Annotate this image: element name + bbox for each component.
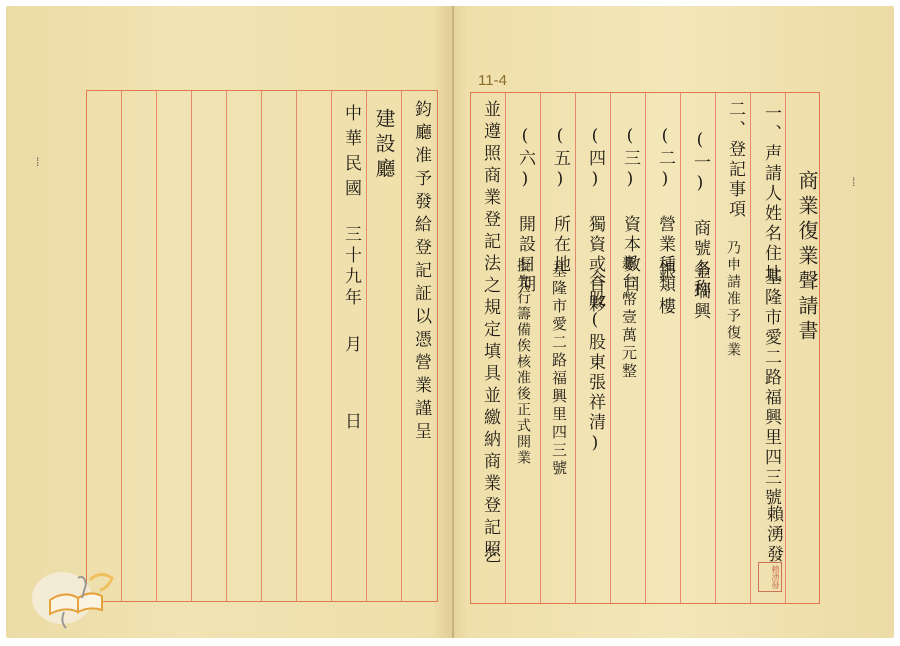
page-number: 11-4 — [478, 72, 507, 89]
item-2-5-value: 基隆市愛二路福興里四三號 — [551, 262, 566, 478]
item-2-6-value: 擬先行籌備俟核准後正式開業 — [516, 258, 530, 466]
binding-hole-left: ⁞ — [36, 155, 39, 169]
addressee: 建設廳 — [374, 108, 394, 183]
request-statement: 鈞廳准予發給登記証以憑營業謹呈 — [412, 100, 429, 445]
item-2-4-value: 合股(股東張祥清) — [586, 270, 603, 456]
item-1-value: 基隆市愛二路福興里四三號 — [762, 268, 779, 508]
page-fold — [452, 6, 454, 638]
item-2-5-label: (五) 所在地 — [551, 126, 568, 275]
applicant-signature: 賴湧發 — [764, 505, 781, 565]
item-2-3-value: 新台幣壹萬元整 — [621, 255, 636, 381]
applicant-seal: 賴湧發 — [758, 562, 782, 592]
item-1-label: 一、声請人姓名住址 — [762, 104, 779, 284]
date-year: 三十九年 — [342, 225, 359, 309]
item-2-label: 二、登記事項 — [726, 100, 743, 220]
item-2-value: 乃申請准予復業 — [726, 240, 740, 359]
compliance-closing: 乞 — [481, 546, 498, 566]
binding-hole-right: ⁞ — [852, 175, 855, 189]
date-era: 中華民國 — [342, 104, 359, 204]
item-2-2-value: 銀樓 — [656, 262, 673, 332]
date-day: 日 — [342, 412, 359, 432]
item-2-1-value: 金瑞興 — [691, 262, 708, 322]
archive-logo-icon — [20, 560, 120, 630]
compliance-statement: 並遵照商業登記法之規定填具並繳納商業登記照 — [481, 100, 498, 562]
date-month: 月 — [342, 335, 359, 355]
document-title: 商業復業聲請書 — [797, 170, 817, 345]
